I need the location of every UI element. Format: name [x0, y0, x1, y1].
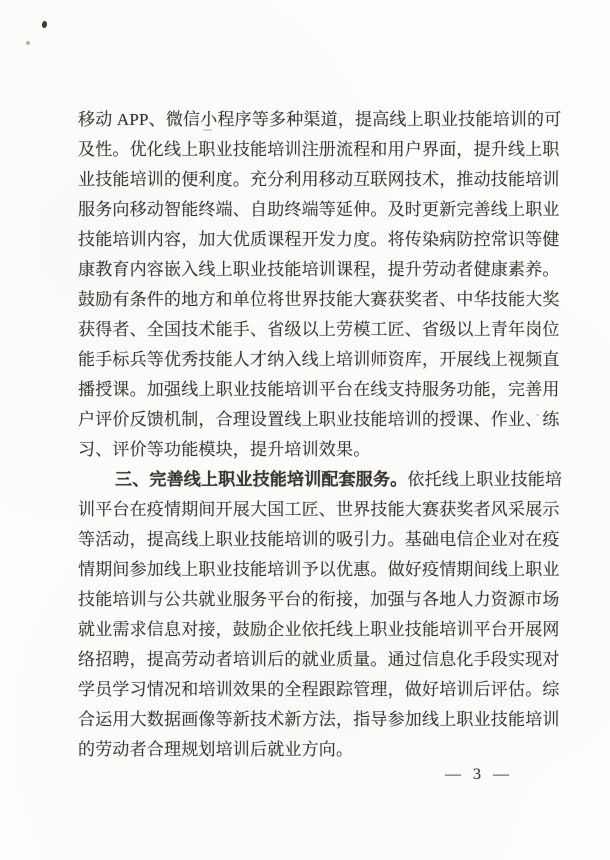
paragraph-line: 习、评价等功能模块，提升培训效果。: [78, 435, 521, 465]
document-body: 移动 APP、微信小程序等多种渠道，提高线上职业技能培训的可 及性。优化线上职业…: [78, 105, 521, 790]
paragraph-line: 服务向移动智能终端、自助终端等延伸。及时更新完善线上职业: [78, 195, 521, 225]
paragraph-line: 移动 APP、微信小程序等多种渠道，提高线上职业技能培训的可: [78, 105, 521, 135]
paragraph-line: 技能培训内容，加大优质课程开发力度。将传染病防控常识等健: [78, 225, 521, 255]
paragraph-line: 就业需求信息对接，鼓励企业依托线上职业技能培训平台开展网: [78, 615, 521, 645]
paragraph-line: 合运用大数据画像等新技术新方法，指导参加线上职业技能培训: [78, 705, 521, 735]
paragraph-line: 及性。优化线上职业技能培训注册流程和用户界面，提升线上职: [78, 135, 521, 165]
paragraph-line: 训平台在疫情期间开展大国工匠、世界技能大赛获奖者风采展示: [78, 495, 521, 525]
paragraph-line: 络招聘，提高劳动者培训后的就业质量。通过信息化手段实现对: [78, 645, 521, 675]
paragraph-line: 鼓励有条件的地方和单位将世界技能大赛获奖者、中华技能大奖: [78, 285, 521, 315]
paragraph-line: 户评价反馈机制，合理设置线上职业技能培训的授课、作业、练: [78, 405, 521, 435]
paragraph-line: 业技能培训的便利度。充分利用移动互联网技术，推动技能培训: [78, 165, 521, 195]
paragraph-line: 康教育内容嵌入线上职业技能培训课程，提升劳动者健康素养。: [78, 255, 521, 285]
ink-speck: [26, 41, 30, 45]
paragraph-line: 情期间参加线上职业技能培训予以优惠。做好疫情期间线上职业: [78, 555, 521, 585]
section-heading: 三、完善线上职业技能培训配套服务。: [115, 470, 407, 489]
paragraph-line: 能手标兵等优秀技能人才纳入线上培训师资库，开展线上视频直: [78, 345, 521, 375]
paragraph-line: 播授课。加强线上职业技能培训平台在线支持服务功能，完善用: [78, 375, 521, 405]
paragraph-line: 等活动，提高线上职业技能培训的吸引力。基础电信企业对在疫: [78, 525, 521, 555]
paragraph-line: 技能培训与公共就业服务平台的衔接，加强与各地人力资源市场: [78, 585, 521, 615]
paragraph-line: 学员学习情况和培训效果的全程跟踪管理，做好培训后评估。综: [78, 675, 521, 705]
paragraph-line: 获得者、全国技术能手、省级以上劳模工匠、省级以上青年岗位: [78, 315, 521, 345]
section-heading-line: 三、完善线上职业技能培训配套服务。依托线上职业技能培: [78, 465, 521, 495]
ink-speck: [41, 21, 47, 29]
paragraph-text: 依托线上职业技能培: [407, 470, 562, 489]
scanned-document-page: 移动 APP、微信小程序等多种渠道，提高线上职业技能培训的可 及性。优化线上职业…: [0, 0, 610, 860]
